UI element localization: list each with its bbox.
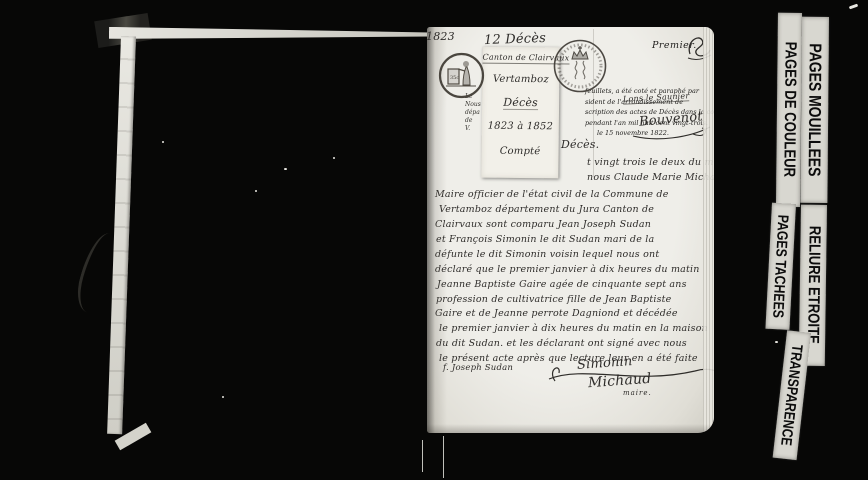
dust-speck xyxy=(775,341,778,343)
act-heading: Décès. xyxy=(561,138,599,151)
act-text-line: et François Simonin le dit Sudan mari de… xyxy=(436,234,654,245)
act-text-line: Gaire et de Jeanne perrote Dagniond et d… xyxy=(435,308,678,319)
handwritten-year: 1823 xyxy=(427,30,455,43)
dust-speck xyxy=(284,168,287,170)
dust-speck xyxy=(255,190,257,192)
act-text-line: profession de cultivatrice fille de Jean… xyxy=(436,294,672,305)
page-edge-thread xyxy=(422,440,423,472)
act-text-line: Maire officier de l'état civil de la Com… xyxy=(435,189,669,200)
act-text-line: Clairvaux sont comparu Jean Joseph Sudan xyxy=(435,219,651,230)
dust-speck xyxy=(849,4,858,10)
register-page: 1823 12 Décès Canton de Clairvaux Vertam… xyxy=(427,27,714,433)
act-text-line: t vingt trois le deux du mois xyxy=(587,157,714,168)
revenue-stamp-figure-icon: 35c xyxy=(438,52,485,99)
dust-speck xyxy=(162,141,164,143)
register-header: 12 Décès xyxy=(484,31,547,48)
label-pages-mouillees: PAGES MOUILLEES xyxy=(800,17,829,203)
frame-strip-top xyxy=(109,27,430,41)
page-stack-edge xyxy=(703,27,714,433)
slip-canton-line: Canton de Clairvaux xyxy=(483,53,560,63)
act-text-line: le premier janvier à dix heures du matin… xyxy=(439,323,708,334)
round-stamp-crown-icon xyxy=(552,38,608,94)
pasted-title-slip: Canton de Clairvaux Vertamboz Décès 1823… xyxy=(481,47,559,179)
label-transparence: TRANSPARENCE xyxy=(773,330,811,460)
dust-speck xyxy=(333,157,335,159)
act-text-line: nous Claude Marie Michaud xyxy=(587,172,714,183)
act-text-line: Jeanne Baptiste Gaire agée de cinquante … xyxy=(437,279,687,290)
dust-speck xyxy=(222,396,224,398)
label-pages-tachees: PAGES TACHEES xyxy=(765,203,796,330)
slip-counted-line: Compté xyxy=(482,146,559,158)
printed-left-fragments: Le Nous dépa de V. xyxy=(465,93,483,133)
svg-text:35c: 35c xyxy=(450,75,459,81)
act-text-line: déclaré que le premier janvier à dix heu… xyxy=(435,264,700,275)
page-edge-thread xyxy=(443,436,444,478)
slip-commune-line: Vertamboz xyxy=(482,74,559,86)
attestation-line: f. Joseph Sudan xyxy=(443,363,513,373)
slip-years-line: 1823 à 1852 xyxy=(482,121,559,133)
act-text-line: du dit Sudan. et les déclarant ont signé… xyxy=(436,338,687,349)
page-bottom-shadow xyxy=(427,424,714,433)
act-text-line: défunte le dit Simonin voisin lequel nou… xyxy=(435,249,659,260)
slip-type-line: Décès xyxy=(482,96,559,110)
microfilm-frame: 1823 12 Décès Canton de Clairvaux Vertam… xyxy=(0,0,868,480)
act-text-line: Vertamboz département du Jura Canton de xyxy=(439,204,654,215)
label-pages-de-couleur: PAGES DE COULEUR xyxy=(776,13,802,207)
mayor-title: maire. xyxy=(623,389,652,397)
